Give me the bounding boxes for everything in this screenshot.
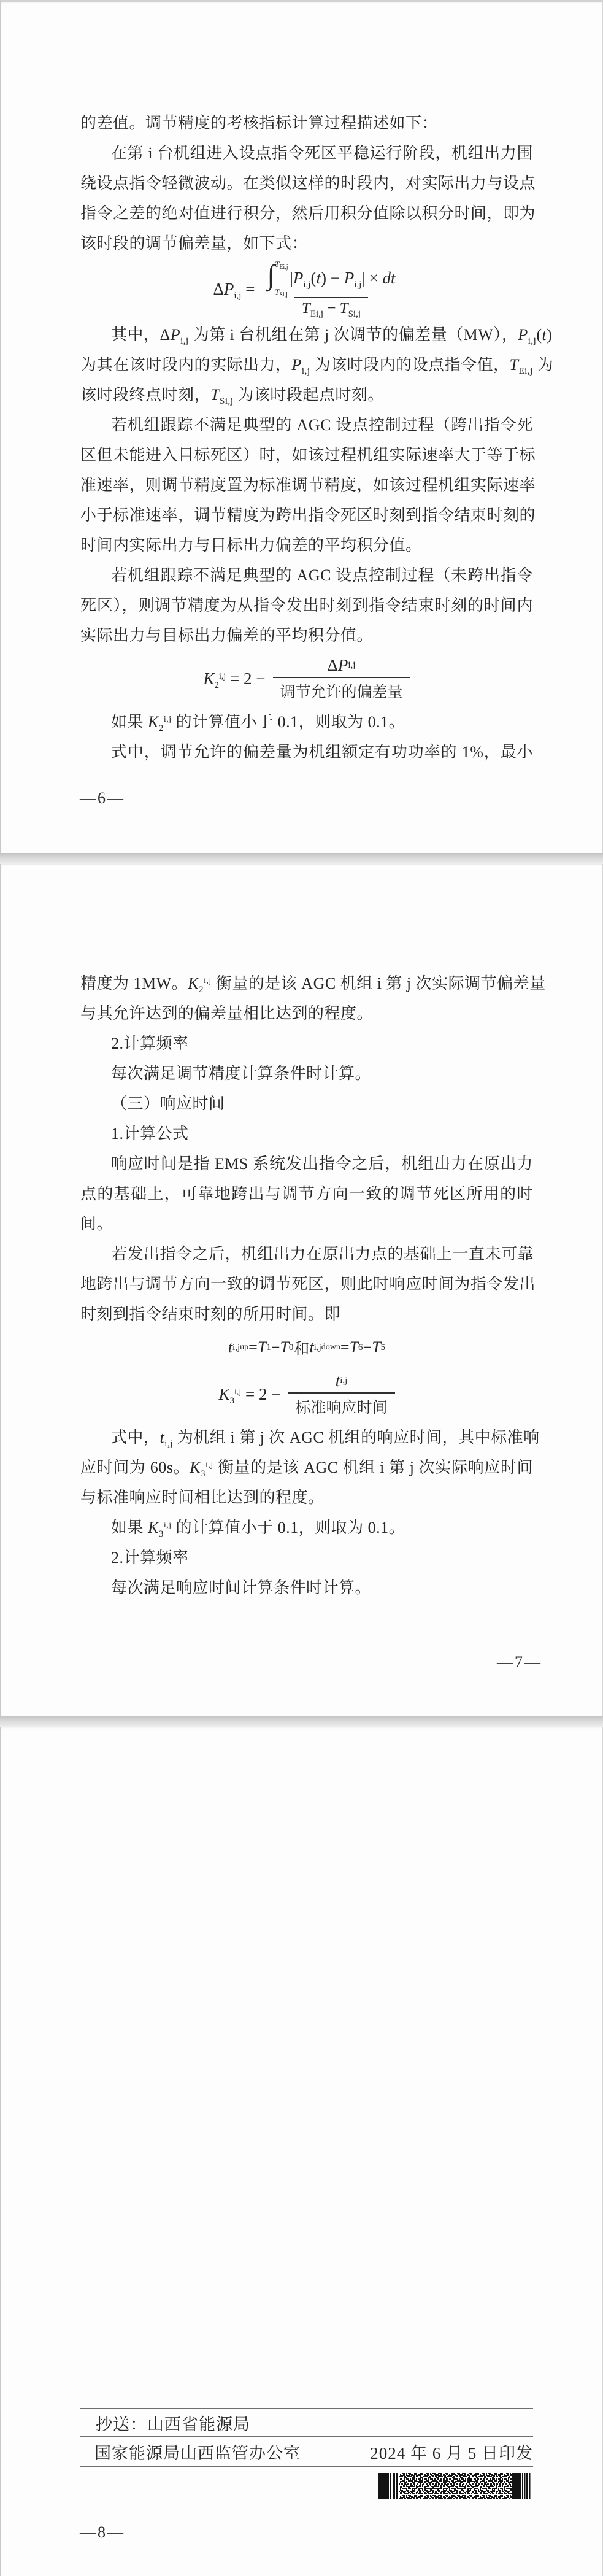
text-line: 死区），则调节精度为从指令发出时刻到指令结束时刻的时间内 xyxy=(80,590,533,620)
text-line: 为其在该时段内的实际出力，Pi,j 为该时段内的设点指令值，TEi,j 为 xyxy=(80,350,533,380)
text-line: 小于标准速率，调节精度为跨出指令死区时刻到指令结束时刻的 xyxy=(80,500,533,530)
formula-response-time: ti,jup = T1 − T0 和 ti,jdown = T6 − T5 xyxy=(80,1329,533,1366)
footer-cc-text: 抄送：山西省能源局 xyxy=(96,2411,250,2435)
formula-k3: K3i,j = 2 − ti,j 标准响应时间 xyxy=(80,1366,533,1422)
text-line: 时间内实际出力与目标出力偏差的平均积分值。 xyxy=(80,530,533,560)
text-line: 式中，ti,j 为机组 i 第 j 次 AGC 机组的响应时间，其中标准响 xyxy=(80,1422,533,1452)
text-line: 式中，调节允许的偏差量为机组额定有功功率的 1%，最小 xyxy=(80,737,533,767)
scanned-page-8: 抄送：山西省能源局 国家能源局山西监管办公室 2024 年 6 月 5 日印发 xyxy=(0,1727,603,2576)
paragraph-block: 式中，ti,j 为机组 i 第 j 次 AGC 机组的响应时间，其中标准响应时间… xyxy=(80,1422,533,1603)
integral-upper-bound: TEi,j xyxy=(275,260,288,268)
page-6-content: 的差值。调节精度的考核指标计算过程描述如下：在第 i 台机组进入设点指令死区平稳… xyxy=(1,2,602,767)
paragraph-block: 精度为 1MW。K2i,j 衡量的是该 AGC 机组 i 第 j 次实际调节偏差… xyxy=(80,968,533,1329)
page-number: —8— xyxy=(80,2523,125,2542)
barcode-2d-icon xyxy=(378,2473,542,2499)
footer-issuer-row: 国家能源局山西监管办公室 2024 年 6 月 5 日印发 xyxy=(80,2437,533,2466)
footer-issuer-text: 国家能源局山西监管办公室 xyxy=(94,2440,301,2464)
paragraph-block: 如果 K2i,j 的计算值小于 0.1，则取为 0.1。式中，调节允许的偏差量为… xyxy=(80,707,533,767)
scan-gap xyxy=(0,853,603,864)
formula-lhs: ΔPi,j = xyxy=(213,280,255,299)
text-line: 若机组跟踪不满足典型的 AGC 设点控制过程（跨出指令死 xyxy=(80,410,533,440)
text-line: 若发出指令之后，机组出力在原出力点的基础上一直未可靠 xyxy=(80,1239,533,1269)
formula-deviation: ΔPi,j = ∫ TEi,j TSi,j |Pi,j(t) − Pi,j| ×… xyxy=(80,258,533,320)
text-line: 准速率，则调节精度置为标准调节精度，如该过程机组实际速率 xyxy=(80,470,533,500)
integrand: |Pi,j(t) − Pi,j| × dt xyxy=(290,269,395,288)
page-number: —7— xyxy=(497,1653,542,1672)
text-line: 该时段终点时刻，TSi,j 为该时段起点时刻。 xyxy=(80,380,533,410)
scanned-page-7: 精度为 1MW。K2i,j 衡量的是该 AGC 机组 i 第 j 次实际调节偏差… xyxy=(0,864,603,1716)
text-line: 精度为 1MW。K2i,j 衡量的是该 AGC 机组 i 第 j 次实际调节偏差… xyxy=(80,968,533,998)
text-line: 点的基础上，可靠地跨出与调节方向一致的调节死区所用的时 xyxy=(80,1179,533,1209)
paragraph-block: 的差值。调节精度的考核指标计算过程描述如下：在第 i 台机组进入设点指令死区平稳… xyxy=(80,108,533,258)
text-line: 间。 xyxy=(80,1209,533,1239)
text-line: 响应时间是指 EMS 系统发出指令之后，机组出力在原出力 xyxy=(80,1149,533,1179)
text-line: 实际出力与目标出力偏差的平均积分值。 xyxy=(80,620,533,650)
fraction-denominator: TEi,j − TSi,j xyxy=(294,297,368,317)
integral-lower-bound: TSi,j xyxy=(275,288,288,296)
formula-lhs: K2i,j = 2 − xyxy=(203,669,265,688)
text-line: 与标准响应时间相比达到的程度。 xyxy=(80,1483,533,1513)
page-number: —6— xyxy=(80,789,125,808)
text-line: 在第 i 台机组进入设点指令死区平稳运行阶段，机组出力围 xyxy=(80,138,533,168)
fraction-denominator: 调节允许的偏差量 xyxy=(273,677,410,702)
text-line: 每次满足调节精度计算条件时计算。 xyxy=(80,1059,533,1089)
fraction: ti,j 标准响应时间 xyxy=(288,1371,395,1417)
text-line: 其中，ΔPi,j 为第 i 台机组在第 j 次调节的偏差量（MW），Pi,j(t… xyxy=(80,320,533,350)
text-line: 指令之差的绝对值进行积分，然后用积分值除以积分时间，即为 xyxy=(80,198,533,228)
text-line: 时刻到指令结束时刻的所用时间。即 xyxy=(80,1299,533,1329)
scanned-page-6: 的差值。调节精度的考核指标计算过程描述如下：在第 i 台机组进入设点指令死区平稳… xyxy=(0,0,603,853)
text-line: 该时段的调节偏差量，如下式： xyxy=(80,228,533,258)
footer-date-text: 2024 年 6 月 5 日印发 xyxy=(370,2440,533,2464)
fraction: ∫ TEi,j TSi,j |Pi,j(t) − Pi,j| × dt TEi,… xyxy=(262,261,400,317)
fraction-numerator: ∫ TEi,j TSi,j |Pi,j(t) − Pi,j| × dt xyxy=(262,261,400,297)
fraction-denominator: 标准响应时间 xyxy=(288,1392,395,1417)
footer-divider xyxy=(80,2466,533,2467)
footer-cc-row: 抄送：山西省能源局 xyxy=(80,2409,533,2436)
text-line: 应时间为 60s。K3i,j 衡量的是该 AGC 机组 i 第 j 次实际响应时… xyxy=(80,1452,533,1483)
text-line: 2.计算频率 xyxy=(80,1543,533,1573)
text-line: 如果 K2i,j 的计算值小于 0.1，则取为 0.1。 xyxy=(80,707,533,737)
fraction-numerator: ti,j xyxy=(331,1371,353,1392)
text-line: 与其允许达到的偏差量相比达到的程度。 xyxy=(80,998,533,1028)
text-line: 2.计算频率 xyxy=(80,1028,533,1059)
fraction-numerator: ΔPi,j xyxy=(323,656,361,677)
paragraph-block: 其中，ΔPi,j 为第 i 台机组在第 j 次调节的偏差量（MW），Pi,j(t… xyxy=(80,320,533,650)
scan-gap xyxy=(0,1716,603,1727)
text-line: 区但未能进入目标死区）时，如该过程机组实际速率大于等于标 xyxy=(80,440,533,470)
page-7-content: 精度为 1MW。K2i,j 衡量的是该 AGC 机组 i 第 j 次实际调节偏差… xyxy=(1,864,602,1603)
formula-k2: K2i,j = 2 − ΔPi,j 调节允许的偏差量 xyxy=(80,650,533,707)
fraction: ΔPi,j 调节允许的偏差量 xyxy=(273,656,410,702)
text-line: （三）响应时间 xyxy=(80,1089,533,1119)
integral-sign: ∫ TEi,j TSi,j xyxy=(267,261,288,295)
text-line: 地跨出与调节方向一致的调节死区，则此时响应时间为指令发出 xyxy=(80,1269,533,1299)
text-line: 每次满足响应时间计算条件时计算。 xyxy=(80,1573,533,1603)
text-line: 1.计算公式 xyxy=(80,1119,533,1149)
text-line: 绕设点指令轻微波动。在类似这样的时段内，对实际出力与设点 xyxy=(80,168,533,198)
formula-lhs: K3i,j = 2 − xyxy=(218,1385,280,1404)
text-line: 的差值。调节精度的考核指标计算过程描述如下： xyxy=(80,108,533,138)
text-line: 若机组跟踪不满足典型的 AGC 设点控制过程（未跨出指令 xyxy=(80,560,533,590)
text-line: 如果 K3i,j 的计算值小于 0.1，则取为 0.1。 xyxy=(80,1513,533,1543)
